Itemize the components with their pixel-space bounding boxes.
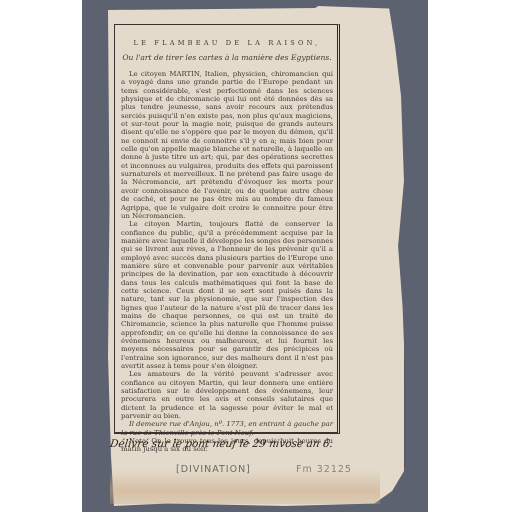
paragraph: Le citoyen MARTIN, Italien, physicien, c… (121, 70, 333, 220)
address-line: Il demeure rue d'Anjou, nº. 1773, en ent… (121, 420, 333, 437)
paragraph: Le citoyen Martin, toujours flatté de co… (121, 220, 333, 370)
document-body: Le citoyen MARTIN, Italien, physicien, c… (121, 70, 333, 454)
category-note: [DIVINATION] (176, 464, 251, 475)
document-subtitle: Ou l'art de tirer les cartes à la manièr… (121, 53, 333, 62)
shelfmark: Fm 32125 (296, 464, 352, 475)
document-title: LE FLAMBEAU DE LA RAISON, (121, 39, 333, 47)
printed-advertisement: LE FLAMBEAU DE LA RAISON, Ou l'art de ti… (114, 24, 340, 434)
handwritten-note: Délivré sur le pont neuf le 29 nivose an… (109, 438, 334, 450)
paper-stain (110, 470, 380, 504)
paragraph: Les amateurs de la vérité peuvent s'adre… (121, 370, 333, 420)
